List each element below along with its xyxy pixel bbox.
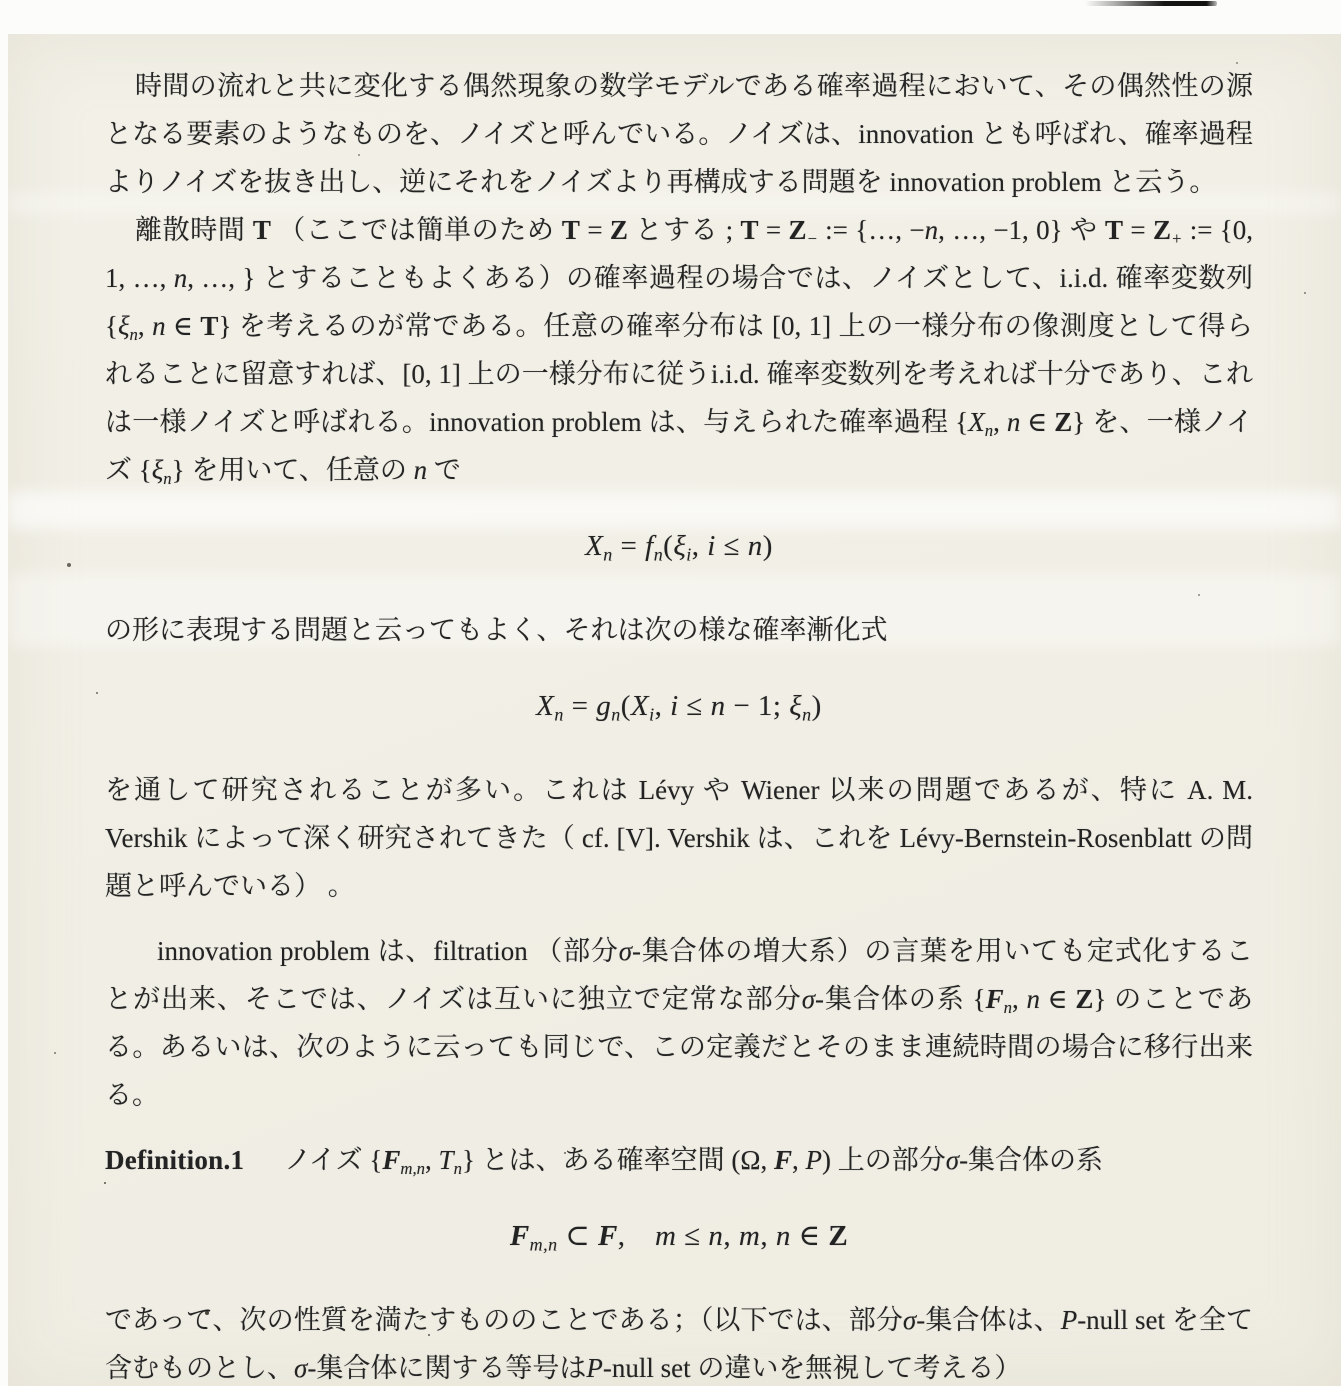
paragraph-discrete-time: 離散時間 T （ここでは簡単のため T = Z とする ; T = Z− := … xyxy=(105,206,1253,494)
scan-smudge-mark xyxy=(1085,1,1217,6)
scanned-paper-surface: 時間の流れと共に変化する偶然現象の数学モデルである確率過程において、その偶然性の… xyxy=(8,34,1341,1386)
document-body: 時間の流れと共に変化する偶然現象の数学モデルである確率過程において、その偶然性の… xyxy=(105,62,1253,1386)
definition-label: Definition.1 xyxy=(105,1145,244,1175)
paragraph-noise-intro: 時間の流れと共に変化する偶然現象の数学モデルである確率過程において、その偶然性の… xyxy=(105,62,1253,206)
scan-specks xyxy=(8,34,10,36)
paragraph-levy-wiener-vershik: を通して研究されることが多い。これは Lévy や Wiener 以来の問題であ… xyxy=(105,766,1253,910)
formula-innovation-representation: Xn = fn(ξi, i ≤ n) xyxy=(105,522,1253,570)
paragraph-definition: Definition.1ノイズ {Fm,n, Tn} とは、ある確率空間 (Ω,… xyxy=(105,1136,1253,1184)
formula-sigma-field-system: Fm,n ⊂ F, m ≤ n, m, n ∈ Z xyxy=(105,1212,1253,1260)
definition-body: ノイズ {Fm,n, Tn} とは、ある確率空間 (Ω, F, P) 上の部分σ… xyxy=(284,1145,1103,1175)
paragraph-recursion-intro: の形に表現する問題と云ってもよく、それは次の様な確率漸化式 xyxy=(105,606,1253,654)
formula-stochastic-recursion: Xn = gn(Xi, i ≤ n − 1; ξn) xyxy=(105,682,1253,730)
paragraph-filtration: innovation problem は、filtration （部分σ-集合体… xyxy=(105,927,1253,1119)
paragraph-p-null-convention: であって、次の性質を満たすもののことである；（以下では、部分σ-集合体は、P-n… xyxy=(105,1296,1253,1386)
